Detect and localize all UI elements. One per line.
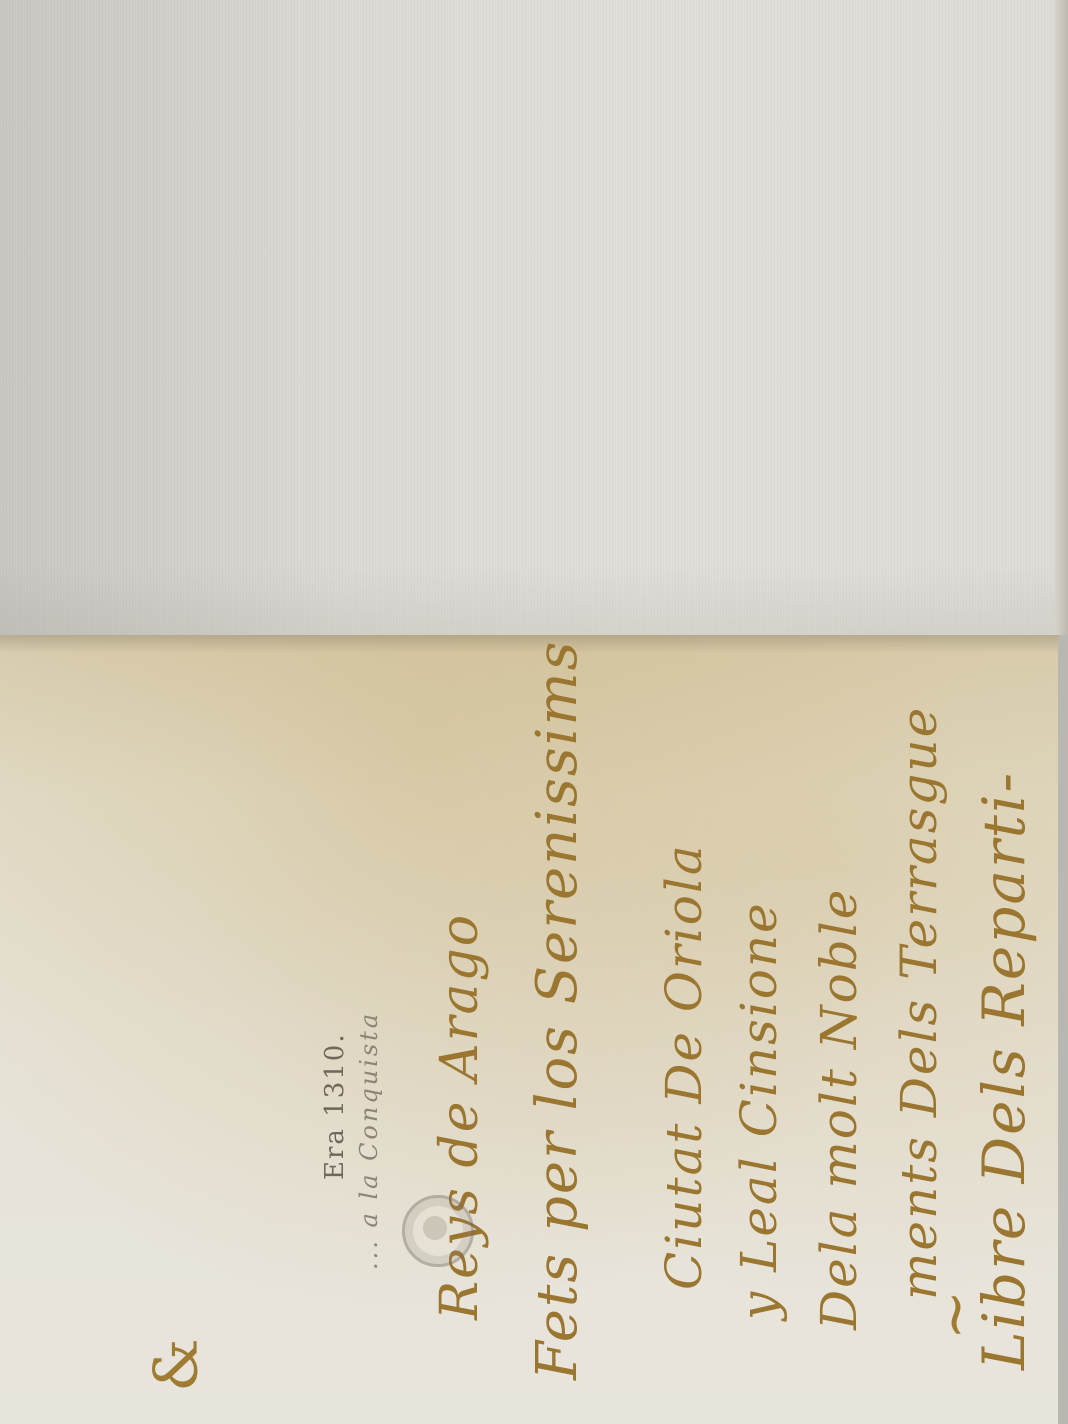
title-line-2: ments Dels Terrasgue bbox=[890, 706, 948, 1300]
date-line: Era 1310. bbox=[320, 1032, 350, 1180]
blank-flyleaf-page bbox=[0, 0, 1068, 635]
page-edge bbox=[1055, 0, 1068, 635]
flourish-ornament-icon: & bbox=[142, 1338, 212, 1391]
title-line-3: Dela molt Noble bbox=[810, 888, 868, 1330]
rotated-title-text: Libre Dels Reparti- ments Dels Terrasgue… bbox=[130, 710, 1050, 1424]
library-stamp-icon bbox=[402, 1195, 474, 1267]
background-strip bbox=[1058, 635, 1068, 1424]
title-line-8: ... a la Conquista bbox=[355, 1011, 383, 1270]
flourish-ornament-icon: ~ bbox=[920, 1290, 990, 1340]
title-line-1: Libre Dels Reparti- bbox=[970, 771, 1038, 1370]
title-line-6: Fets per los Serenissims bbox=[525, 640, 590, 1380]
title-line-5: Ciutat De Oriola bbox=[655, 843, 713, 1290]
title-line-4: y Leal Cinsione bbox=[730, 901, 788, 1320]
